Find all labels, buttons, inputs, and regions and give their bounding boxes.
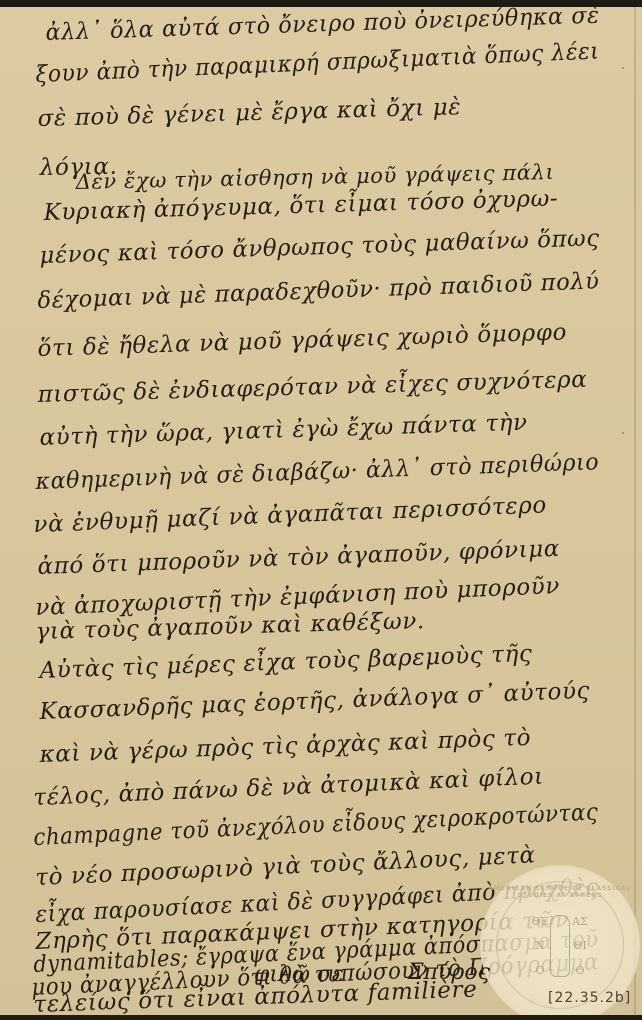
stamp-letters-right-3: Ο: [570, 964, 590, 977]
paper-fold-line: [634, 7, 636, 1015]
letter-line-13: νὰ ἐνθυμῇ μαζί νὰ ἀγαπᾶται περισσότερο: [33, 492, 547, 538]
letter-line-3: σὲ ποὺ δὲ γένει μὲ ἔργα καὶ ὄχι μὲ: [37, 94, 461, 132]
letter-line-9: ὅτι δὲ ἤθελα νὰ μοῦ γράψεις χωριὸ ὅμορφο: [37, 319, 567, 362]
stamp-center: ΘΕ ΑΣ Ν ΘΙ Ο Ο: [530, 909, 590, 983]
letter-line-18: Κασσανδρῆς μας ἑορτῆς, ἀνάλογα σ᾽ αὐτούς: [39, 678, 590, 725]
closing-text: φιλῶ σε: [254, 962, 344, 987]
paper-speck: [622, 67, 624, 69]
archive-number: [22.35.2b]: [548, 990, 631, 1006]
stamp-letters-left-3: Ο: [530, 964, 550, 977]
stamp-letters-right-2: ΘΙ: [570, 939, 590, 952]
letter-line-10: πιστῶς δὲ ἐνδιαφερόταν νὰ εἶχες συχνότερ…: [37, 367, 587, 408]
letter-line-8: δέχομαι νὰ μὲ παραδεχθοῦν· πρὸ παιδιοῦ π…: [37, 268, 600, 314]
stamp-ring-text: AMERICAN SCHOOL OF CLASSICAL STUDIES AT …: [482, 885, 638, 899]
letter-line-20: τέλος, ἀπὸ πάνω δὲ νὰ ἀτομικὰ καὶ φίλοι: [33, 764, 544, 811]
stamp-letters-right-1: ΑΣ: [570, 915, 590, 928]
stamp-letters-left-2: Ν: [530, 939, 550, 952]
amphora-icon: [550, 915, 570, 977]
paper-speck: [622, 432, 624, 434]
signature: Σπύρος: [408, 960, 490, 985]
stamp-letters-left-1: ΘΕ: [530, 915, 550, 928]
letter-page: ἀλλ᾽ ὅλα αὐτά στὸ ὄνειρο ποὺ ὀνειρεύθηκα…: [0, 7, 642, 1015]
letter-line-12: καθημερινὴ νὰ σὲ διαβάζω· ἀλλ᾽ στὸ περιθ…: [35, 449, 600, 495]
letter-line-19: καὶ νὰ γέρω πρὸς τὶς ἀρχὰς καὶ πρὸς τὸ: [39, 725, 531, 768]
letter-line-14: ἀπό ὅτι μποροῦν νὰ τὸν ἀγαποῦν, φρόνιμα: [37, 536, 560, 580]
letter-line-7: μένος καὶ τόσο ἄνθρωπος τοὺς μαθαίνω ὅπω…: [39, 225, 600, 269]
letter-line-1: ἀλλ᾽ ὅλα αὐτά στὸ ὄνειρο ποὺ ὀνειρεύθηκα…: [45, 7, 600, 46]
letter-line-2: ξουν ἀπὸ τὴν παραμικρή σπρωξιματιὰ ὅπως …: [35, 38, 600, 88]
letter-line-11: αὐτὴ τὴν ὥρα, γιατὶ ἐγὼ ἔχω πάντα τὴν: [39, 410, 528, 451]
letter-line-17: Αὐτὰς τὶς μέρες εἶχα τοὺς βαρεμοὺς τῆς: [39, 641, 533, 684]
